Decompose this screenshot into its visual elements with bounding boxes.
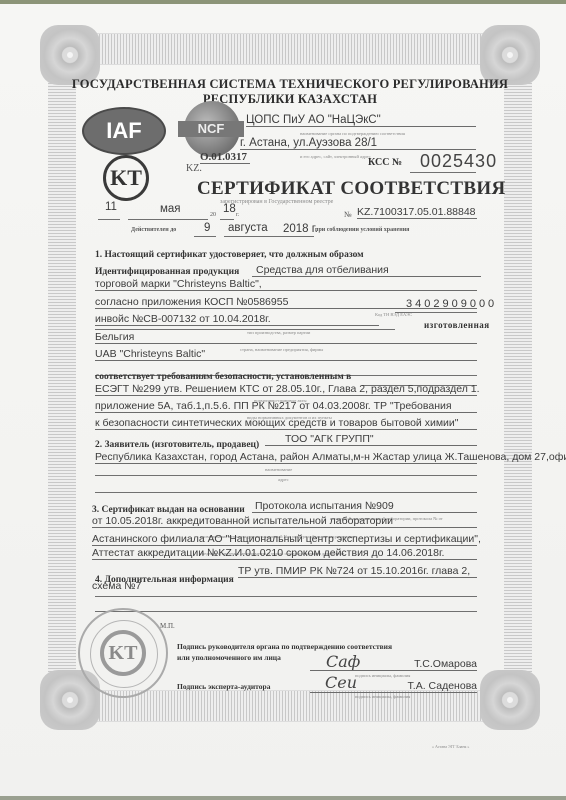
- issue-day-underline: [98, 219, 120, 220]
- standards-line-3: к безопасности синтетических моющих сред…: [95, 417, 477, 430]
- certification-body-address: г. Астана, ул.Ауэзова 28/1: [240, 137, 476, 150]
- issue-day: 11: [105, 201, 117, 213]
- expert-signature-label: Подпись эксперта-аудитора: [177, 682, 270, 691]
- kz-number: O.01.0317: [200, 151, 250, 164]
- validity-month-underline: [224, 236, 314, 237]
- kcc-underline: [410, 172, 476, 173]
- registered-text: зарегистрирован в Государственном реестр…: [220, 199, 333, 205]
- header-line-1: ГОСУДАРСТВЕННАЯ СИСТЕМА ТЕХНИЧЕСКОГО РЕГ…: [70, 77, 510, 92]
- address-extra-underline-2: [95, 492, 477, 493]
- kcc-number: 0025430: [420, 151, 497, 172]
- issue-year-suffix: г.: [236, 212, 239, 218]
- seal-kt-logo-icon: KT: [100, 630, 146, 676]
- product-line-4: инвойс №CB-007132 от 10.04.2018г.: [95, 313, 379, 326]
- section-2-heading: 2. Заявитель (изготовитель, продавец): [95, 440, 259, 450]
- batch-underline: [95, 329, 395, 330]
- registry-number-label: №: [344, 210, 352, 219]
- certification-body-address-hint: и его адрес, сайт, электронный адрес: [300, 154, 371, 159]
- conforms-label: соответствует требованиям безопасности, …: [95, 372, 351, 382]
- validity-month: августа: [228, 222, 268, 234]
- address-hint: адрес: [278, 477, 289, 482]
- rosette-icon: [480, 25, 540, 85]
- standards-line-1: ЕСЭГТ №299 утв. Решением КТС от 28.05.10…: [95, 383, 477, 396]
- kz-prefix: KZ.: [186, 163, 202, 174]
- expert-name: Т.А. Саденова: [310, 680, 477, 693]
- rosette-icon: [480, 670, 540, 730]
- kt-logo-icon: KT: [103, 155, 149, 201]
- product-line-2: торговой марки "Christeyns Baltic",: [95, 278, 477, 291]
- expert-signature-hint: подпись инициалы, фамилия: [355, 694, 410, 699]
- certificate-title: СЕРТИФИКАТ СООТВЕТСТВИЯ: [197, 178, 505, 200]
- ncf-logo-text: NCF: [178, 121, 244, 137]
- tnved-hint: Код ТН ВЭД ЕАЭС: [375, 312, 412, 317]
- footer-print-mark: « Астана ЭГГ Бланк »: [432, 744, 469, 749]
- additional-info-underline-2: [95, 596, 477, 597]
- standards-line-2: приложение 5А, таб.1,п.5.6. ПП РК №217 о…: [95, 400, 477, 413]
- validity-day: 9: [204, 222, 210, 234]
- applicant-hint: наименование: [265, 467, 292, 472]
- issue-year: 18: [223, 203, 236, 215]
- address-extra-underline: [95, 475, 477, 476]
- frame-left-band: [48, 65, 76, 690]
- kcc-label: КСС №: [368, 157, 402, 168]
- applicant-address: Республика Казахстан, город Астана, райо…: [95, 451, 477, 464]
- seal-kt-text: KT: [109, 642, 138, 664]
- manufactured-label: изготовленная: [424, 320, 490, 330]
- basis-line-1: Протокола испытания №909: [252, 500, 477, 513]
- additional-info-underline-3: [95, 611, 477, 612]
- head-signature-label-2: или уполномоченного им лица: [177, 653, 281, 662]
- frame-top-band: [75, 33, 505, 65]
- section-1-heading: 1. Настоящий сертификат удостоверяет, чт…: [95, 250, 364, 260]
- applicant-name: ТОО "АГК ГРУПП": [265, 433, 477, 446]
- rosette-icon: [40, 25, 100, 85]
- head-signature-hint: подпись инициалы, фамилия: [355, 673, 410, 678]
- additional-info-line-2: схема №7: [92, 580, 141, 592]
- validity-suffix: при соблюдении условий хранения: [315, 227, 409, 233]
- issue-year-underline: [220, 219, 234, 220]
- basis-line-3: Астанинского филиала АО "Национальный це…: [92, 533, 477, 546]
- issue-month-underline: [128, 219, 208, 220]
- validity-label: Действителен до: [131, 227, 176, 233]
- certificate-page: ГОСУДАРСТВЕННАЯ СИСТЕМА ТЕХНИЧЕСКОГО РЕГ…: [0, 0, 566, 800]
- product-label: Идентифицированная продукция: [95, 267, 239, 277]
- ncf-globe-logo-icon: NCF: [184, 101, 240, 157]
- scan-edge-bottom: [0, 796, 566, 800]
- header-line-2: РЕСПУБЛИКИ КАЗАХСТАН: [70, 92, 510, 107]
- certification-body-name: ЦОПС ПиУ АО "НаЦЭкС": [246, 114, 476, 127]
- head-name: Т.С.Омарова: [310, 658, 477, 671]
- iaf-logo-text: IAF: [106, 118, 141, 143]
- scan-edge-top: [0, 0, 566, 4]
- additional-info-line-1: ТР утв. ПМИР РК №724 от 15.10.2016г. гла…: [238, 565, 477, 578]
- manufacturer: UAB "Christeyns Baltic": [95, 348, 477, 361]
- issue-year-prefix: 20: [210, 212, 216, 218]
- head-signature-label-1: Подпись руководителя органа по подтвержд…: [177, 642, 392, 651]
- certification-body-name-hint: наименование органа по подтверждению соо…: [300, 131, 405, 136]
- basis-line-4: Аттестат аккредитации №KZ.И.01.0210 срок…: [92, 547, 477, 560]
- kt-logo-text: KT: [110, 165, 142, 190]
- country: Бельгия: [95, 331, 477, 344]
- validity-day-underline: [194, 236, 216, 237]
- frame-right-band: [504, 65, 532, 690]
- basis-line-2: от 10.05.2018г. аккредитованной испытате…: [92, 515, 477, 528]
- product-line-1: Средства для отбеливания: [252, 264, 481, 277]
- validity-year: 2018 г.: [283, 223, 318, 235]
- registry-number: KZ.7100317.05.01.88848: [357, 206, 477, 219]
- seal-label: М.П.: [160, 622, 175, 630]
- iaf-logo-icon: IAF: [82, 107, 166, 155]
- issue-month: мая: [160, 203, 181, 215]
- tnved-code: 3402909000: [406, 298, 497, 310]
- section-3-heading: 3. Сертификат выдан на основании: [92, 505, 245, 515]
